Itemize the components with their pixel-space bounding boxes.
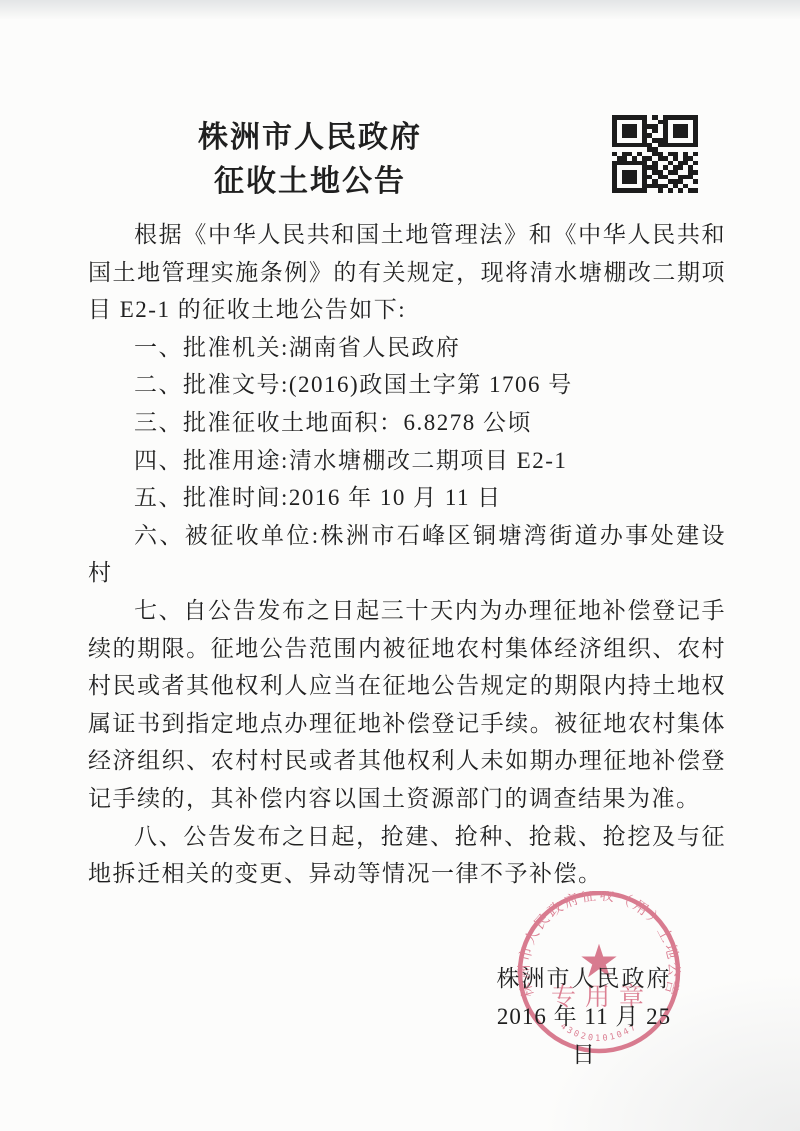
paragraph-item-3: 三、批准征收土地面积：6.8278 公顷	[88, 404, 726, 442]
document-title: 株洲市人民政府 征收土地公告	[0, 116, 620, 204]
signature-date: 2016 年 11 月 25 日	[494, 998, 674, 1074]
paragraph-item-5: 五、批准时间:2016 年 10 月 11 日	[88, 479, 726, 517]
scanned-document-page: 株洲市人民政府 征收土地公告 根据《中华人民共和国土地管理法》和《中华人民共和国…	[0, 0, 800, 1131]
signature-block: 株洲市人民政府 2016 年 11 月 25 日	[494, 960, 674, 1074]
title-line-1: 株洲市人民政府	[0, 116, 620, 160]
paragraph-item-8: 八、公告发布之日起，抢建、抢种、抢栽、抢挖及与征地拆迁相关的变更、异动等情况一律…	[88, 818, 726, 893]
paragraph-item-1: 一、批准机关:湖南省人民政府	[88, 329, 726, 367]
document-body: 根据《中华人民共和国土地管理法》和《中华人民共和国土地管理实施条例》的有关规定，…	[88, 216, 726, 893]
paragraph-intro: 根据《中华人民共和国土地管理法》和《中华人民共和国土地管理实施条例》的有关规定，…	[88, 216, 726, 329]
paragraph-item-4: 四、批准用途:清水塘棚改二期项目 E2-1	[88, 442, 726, 480]
signature-name: 株洲市人民政府	[494, 960, 674, 998]
title-line-2: 征收土地公告	[0, 160, 620, 204]
paragraph-item-7: 七、自公告发布之日起三十天内为办理征地补偿登记手续的期限。征地公告范围内被征地农…	[88, 592, 726, 818]
scan-shadow-top	[0, 0, 800, 20]
paragraph-item-6: 六、被征收单位:株洲市石峰区铜塘湾街道办事处建设村	[88, 517, 726, 592]
paragraph-item-2: 二、批准文号:(2016)政国土字第 1706 号	[88, 366, 726, 404]
qr-code	[612, 115, 698, 193]
